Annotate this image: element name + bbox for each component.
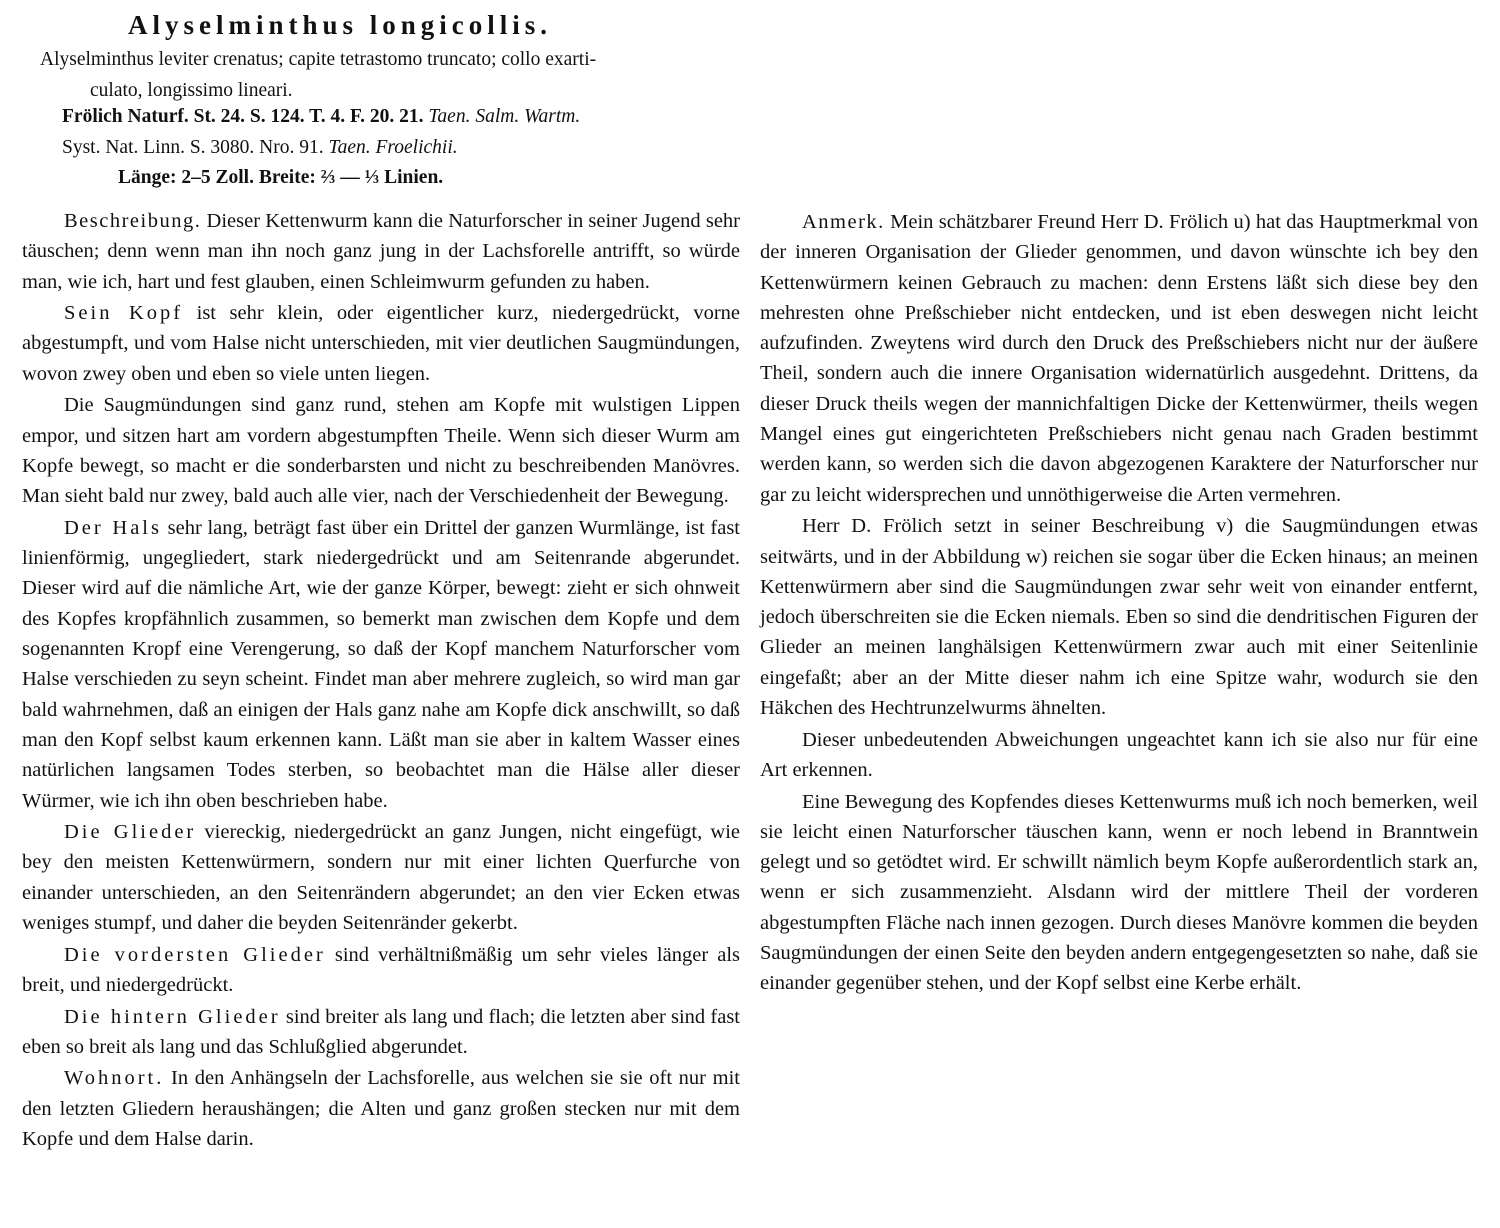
species-title: Alyselminthus longicollis. [128, 10, 648, 41]
reference-froelich: Frölich Naturf. St. 24. S. 124. T. 4. F.… [62, 106, 580, 128]
paragraph-habitat: Wohnort. In den Anhängseln der Lachsfore… [22, 1063, 740, 1154]
paragraph-segments: Die Glieder viereckig, niedergedrückt an… [22, 817, 740, 938]
reference-linnaeus: Syst. Nat. Linn. S. 3080. Nro. 91. Taen.… [62, 137, 458, 159]
paragraph-rear-segments: Die hintern Glieder sind breiter als lan… [22, 1002, 740, 1063]
diagnosis-line-2: culato, longissimo lineari. [40, 75, 730, 106]
diagnosis-line-1: Alyselminthus leviter crenatus; capite t… [40, 44, 730, 75]
right-column: Anmerk. Mein schätzbarer Freund Herr D. … [760, 207, 1478, 1000]
latin-diagnosis: Alyselminthus leviter crenatus; capite t… [40, 44, 730, 106]
dimensions: Länge: 2–5 Zoll. Breite: ⅔ — ⅓ Linien. [118, 167, 443, 189]
paragraph-froelich-comparison: Herr D. Frölich setzt in seiner Beschrei… [760, 511, 1478, 723]
paragraph-conclusion: Dieser unbedeutenden Abweichungen ungeac… [760, 725, 1478, 786]
paragraph-head-movement: Eine Bewegung des Kopfendes dieses Kette… [760, 787, 1478, 999]
paragraph-suckers: Die Saugmündungen sind ganz rund, stehen… [22, 390, 740, 511]
left-column: Beschreibung. Dieser Kettenwurm kann die… [22, 206, 740, 1156]
paragraph-remark: Anmerk. Mein schätzbarer Freund Herr D. … [760, 207, 1478, 510]
paragraph-front-segments: Die vordersten Glieder sind verhältnißmä… [22, 940, 740, 1001]
paragraph-head: Sein Kopf ist sehr klein, oder eigentlic… [22, 298, 740, 389]
paragraph-neck: Der Hals sehr lang, beträgt fast über ei… [22, 513, 740, 816]
paragraph-description: Beschreibung. Dieser Kettenwurm kann die… [22, 206, 740, 297]
